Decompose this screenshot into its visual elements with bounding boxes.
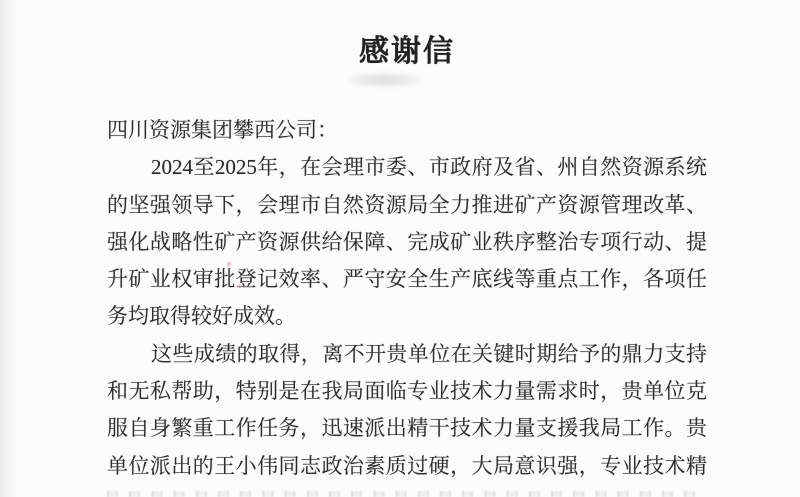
page-left-edge-shadow xyxy=(0,0,18,497)
text-line: 升矿业权审批登记效率、严守安全生产底线等重点工作，各项任 xyxy=(107,261,707,298)
text-line: 单位派出的王小伟同志政治素质过硬，大局意识强，专业技术精 xyxy=(107,448,707,485)
text-line: 这些成绩的取得，离不开贵单位在关键时期给予的鼎力支持 xyxy=(107,336,707,373)
letter-body: 四川资源集团攀西公司： 2024至2025年，在会理市委、市政府及省、州自然资源… xyxy=(107,112,707,485)
ink-smudge xyxy=(345,72,425,88)
salutation-line: 四川资源集团攀西公司： xyxy=(107,112,707,149)
text-line: 务均取得较好成效。 xyxy=(107,298,707,335)
text-line: 的坚强领导下，会理市自然资源局全力推进矿产资源管理改革、 xyxy=(107,187,707,224)
document-title: 感谢信 xyxy=(107,26,707,70)
clipped-bottom-text-line xyxy=(107,491,705,497)
document-page: 感谢信 四川资源集团攀西公司： 2024至2025年，在会理市委、市政府及省、州… xyxy=(0,0,800,497)
text-line: 2024至2025年，在会理市委、市政府及省、州自然资源系统 xyxy=(107,149,707,186)
text-line: 和无私帮助，特别是在我局面临专业技术力量需求时，贵单位克 xyxy=(107,373,707,410)
text-line: 服自身繁重工作任务，迅速派出精干技术力量支援我局工作。贵 xyxy=(107,410,707,447)
text-line: 强化战略性矿产资源供给保障、完成矿业秩序整治专项行动、提 xyxy=(107,224,707,261)
